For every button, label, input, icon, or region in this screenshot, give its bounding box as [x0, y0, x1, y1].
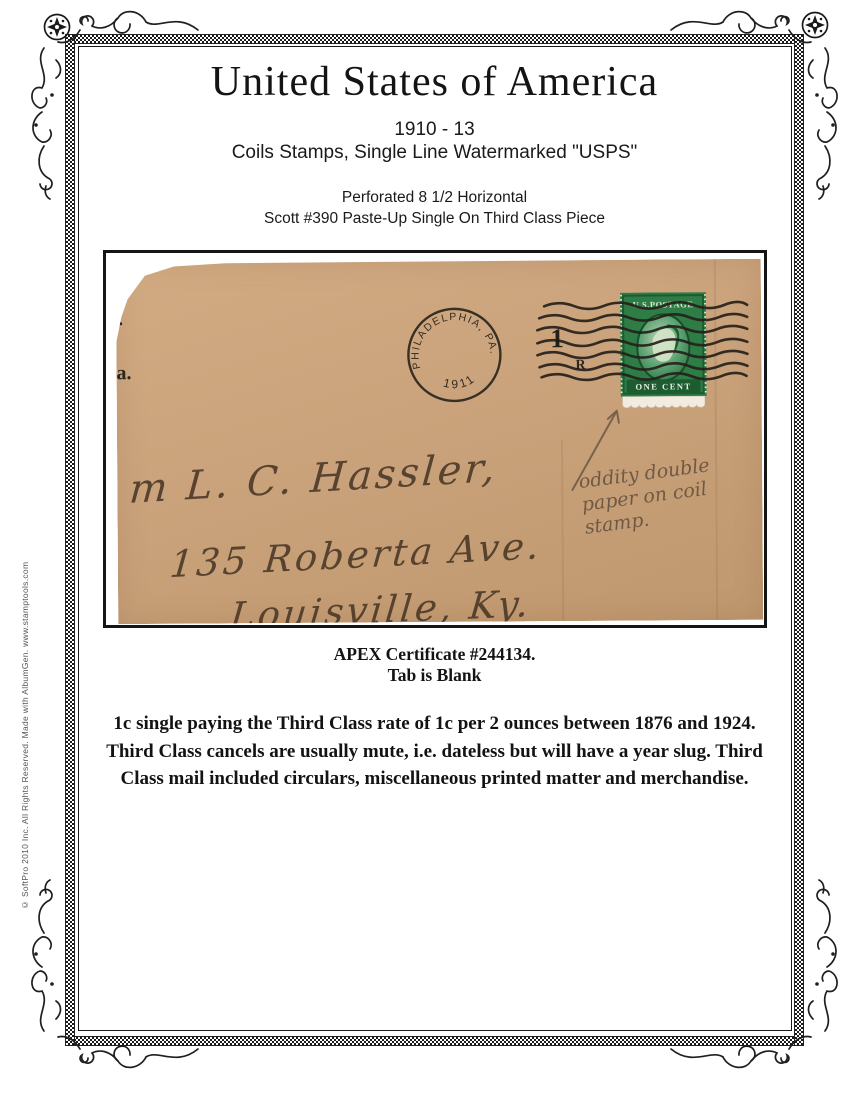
description-line: Class mail included circulars, miscellan… — [66, 765, 803, 793]
page-title: United States of America — [66, 58, 803, 106]
stamp-top-text: U.S.POSTAGE — [633, 299, 694, 309]
corner-flourish-icon — [669, 879, 850, 1079]
certificate-caption: APEX Certificate #244134. Tab is Blank — [66, 644, 803, 686]
envelope-crease — [561, 440, 564, 621]
cancel-slug-number: 1 — [550, 323, 564, 353]
stamp: U.S.POSTAGE ONE CENT — [620, 292, 707, 415]
envelope-edge-text: a. — [116, 362, 131, 385]
issue-period: 1910 - 13 — [66, 119, 803, 141]
description-line: 1c single paying the Third Class rate of… — [66, 710, 803, 738]
svg-text:1911: 1911 — [440, 370, 480, 394]
svg-text:PHILADELPHIA, PA.: PHILADELPHIA, PA. — [402, 303, 500, 370]
copyright-sidebar: © SoftPro 2010 Inc. All Rights Reserved.… — [20, 600, 36, 910]
paste-up-tab — [623, 396, 705, 408]
address-line: 135 Roberta Ave. — [168, 524, 544, 586]
description-line: Third Class cancels are usually mute, i.… — [66, 738, 803, 766]
cancel-slug-letter: R — [575, 358, 586, 373]
stamp-bottom-text: ONE CENT — [636, 381, 692, 391]
description: 1c single paying the Third Class rate of… — [66, 710, 803, 793]
album-page: United States of America 1910 - 13 Coils… — [0, 0, 850, 1100]
caption-line2: Tab is Blank — [66, 665, 803, 686]
postmark-year: 1911 — [440, 370, 480, 394]
envelope: a. U.S.POSTAGE ONE — [116, 259, 764, 624]
scott-number-note: Scott #390 Paste-Up Single On Third Clas… — [66, 210, 803, 228]
exhibit-frame: a. U.S.POSTAGE ONE — [103, 250, 767, 628]
address-line: m L. C. Hassler, — [128, 445, 500, 513]
issue-series: Coils Stamps, Single Line Watermarked "U… — [66, 142, 803, 164]
postmark: PHILADELPHIA, PA. 1911 — [401, 301, 508, 408]
postmark-city: PHILADELPHIA, PA. — [402, 303, 500, 370]
envelope-crease — [714, 259, 719, 620]
perforation-note: Perforated 8 1/2 Horizontal — [66, 189, 803, 207]
address-line: Louisville, Ky. — [228, 582, 533, 628]
rosette-icon — [800, 10, 830, 40]
pencil-note: oddity double paper on coil stamp. — [577, 454, 716, 539]
ink-speck — [119, 322, 122, 325]
caption-line1: APEX Certificate #244134. — [66, 644, 803, 665]
rosette-icon — [42, 12, 72, 42]
